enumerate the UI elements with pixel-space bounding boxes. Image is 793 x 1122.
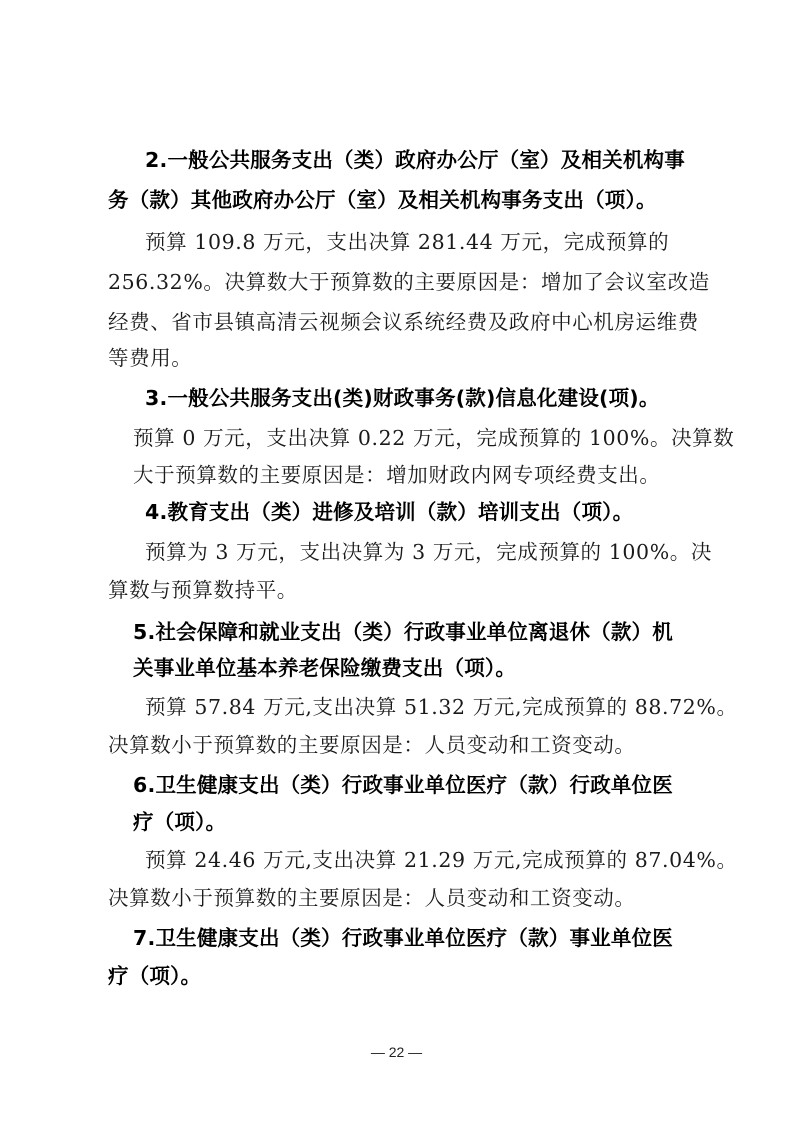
- document-page: 2.一般公共服务支出（类）政府办公厅（室）及相关机构事 务（款）其他政府办公厅（…: [0, 0, 793, 1122]
- section-5-heading-line-1: 5.社会保障和就业支出（类）行政事业单位离退休（款）机: [133, 620, 673, 644]
- section-6-heading-line-1: 6.卫生健康支出（类）行政事业单位医疗（款）行政单位医: [133, 773, 673, 797]
- section-5-body-line-1: 预算 57.84 万元,支出决算 51.32 万元,完成预算的 88.72%。: [145, 695, 738, 719]
- section-6-body-line-1: 预算 24.46 万元,支出决算 21.29 万元,完成预算的 87.04%。: [145, 848, 738, 872]
- section-2-body-line-2: 256.32%。决算数大于预算数的主要原因是：增加了会议室改造: [108, 270, 710, 294]
- section-3-body-line-1: 预算 0 万元，支出决算 0.22 万元，完成预算的 100%。决算数: [133, 426, 734, 450]
- section-3-heading-line-1: 3.一般公共服务支出(类)财政事务(款)信息化建设(项)。: [145, 386, 660, 410]
- section-7-heading-line-2: 疗（项）。: [108, 964, 201, 988]
- section-7-heading-line-1: 7.卫生健康支出（类）行政事业单位医疗（款）事业单位医: [133, 926, 673, 950]
- section-4-body-line-2: 算数与预算数持平。: [108, 578, 298, 602]
- section-5-body-line-2: 决算数小于预算数的主要原因是：人员变动和工资变动。: [108, 733, 636, 757]
- section-6-heading-line-2: 疗（项）。: [133, 810, 226, 834]
- section-3-body-line-2: 大于预算数的主要原因是：增加财政内网专项经费支出。: [133, 463, 661, 487]
- section-6-body-line-2: 决算数小于预算数的主要原因是：人员变动和工资变动。: [108, 886, 636, 910]
- section-2-body-line-4: 等费用。: [108, 346, 192, 370]
- section-2-heading-line-2: 务（款）其他政府办公厅（室）及相关机构事务支出（项）。: [108, 188, 657, 212]
- section-2-body-line-3: 经费、省市县镇高清云视频会议系统经费及政府中心机房运维费: [108, 310, 699, 334]
- section-4-body-line-1: 预算为 3 万元，支出决算为 3 万元，完成预算的 100%。决: [145, 540, 712, 564]
- section-2-body-line-1: 预算 109.8 万元，支出决算 281.44 万元，完成预算的: [145, 230, 669, 254]
- section-5-heading-line-2: 关事业单位基本养老保险缴费支出（项）。: [133, 656, 516, 680]
- section-4-heading-line-1: 4.教育支出（类）进修及培训（款）培训支出（项）。: [145, 500, 633, 524]
- page-number: — 22 —: [0, 1044, 793, 1060]
- section-2-heading-line-1: 2.一般公共服务支出（类）政府办公厅（室）及相关机构事: [145, 148, 685, 172]
